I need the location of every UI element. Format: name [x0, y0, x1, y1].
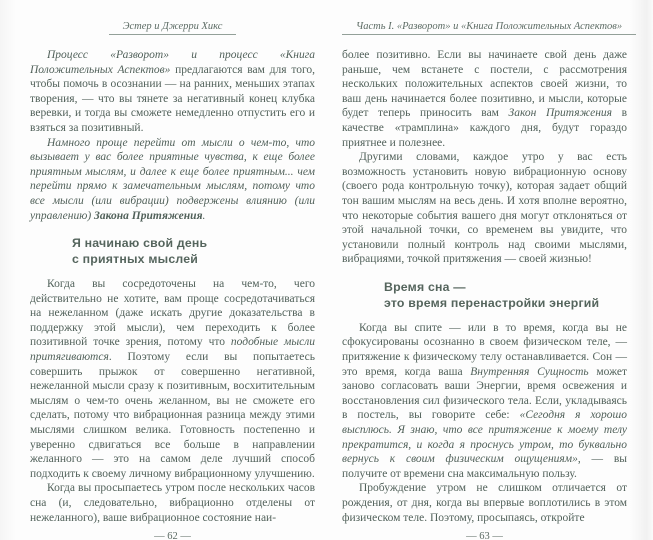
page-number-left: — 62 — — [30, 525, 315, 540]
text-segment: Другими словами, каждое утро у вас есть … — [342, 151, 627, 265]
left-page: Эстер и Джерри Хикс Процесс «Разворот» и… — [30, 16, 315, 528]
running-header-right: Часть I. «Разворот» и «Книга Положительн… — [342, 16, 627, 35]
body-paragraph: Другими словами, каждое утро у вас есть … — [342, 150, 627, 267]
text-segment: Внутренняя Сущность — [470, 366, 588, 378]
running-header-text: Эстер и Джерри Хикс — [109, 21, 237, 35]
text-segment: . — [203, 210, 206, 222]
book-spread: Эстер и Джерри Хикс Процесс «Разворот» и… — [0, 0, 653, 540]
body-paragraph: Процесс «Разворот» и процесс «Книга Поло… — [30, 48, 315, 136]
right-page-body: более позитивно. Если вы начинаете свой … — [342, 48, 627, 525]
page-number-right: — 63 — — [342, 525, 627, 540]
right-page: Часть I. «Разворот» и «Книга Положительн… — [342, 16, 627, 528]
text-segment: Пробуждение утром не слишком отличается … — [342, 482, 627, 523]
section-heading: Я начинаю свой деньс приятных мыслей — [72, 236, 315, 268]
body-paragraph: более позитивно. Если вы начинаете свой … — [342, 48, 627, 150]
running-header-text: Часть I. «Разворот» и «Книга Положительн… — [342, 21, 636, 35]
text-segment: Закона Притяжения — [94, 210, 202, 222]
body-paragraph: Пробуждение утром не слишком отличается … — [342, 481, 627, 525]
section-heading: Время сна —это время перенастройки энерг… — [384, 280, 627, 312]
text-segment: Закон Притяжения — [509, 107, 612, 119]
text-segment: Когда вы просыпаетесь утром после нескол… — [30, 482, 315, 523]
text-segment: . Поэтому если вы попытаетесь совершить … — [30, 351, 315, 480]
running-header-left: Эстер и Джерри Хикс — [30, 16, 315, 35]
body-paragraph: Когда вы спите — или в то время, когда в… — [342, 321, 627, 482]
body-paragraph: Намного проще перейти от мысли о чем-то,… — [30, 136, 315, 224]
body-paragraph: Когда вы сосредоточены на чем-то, чего д… — [30, 277, 315, 481]
left-page-body: Процесс «Разворот» и процесс «Книга Поло… — [30, 48, 315, 525]
body-paragraph: Когда вы просыпаетесь утром после нескол… — [30, 481, 315, 525]
